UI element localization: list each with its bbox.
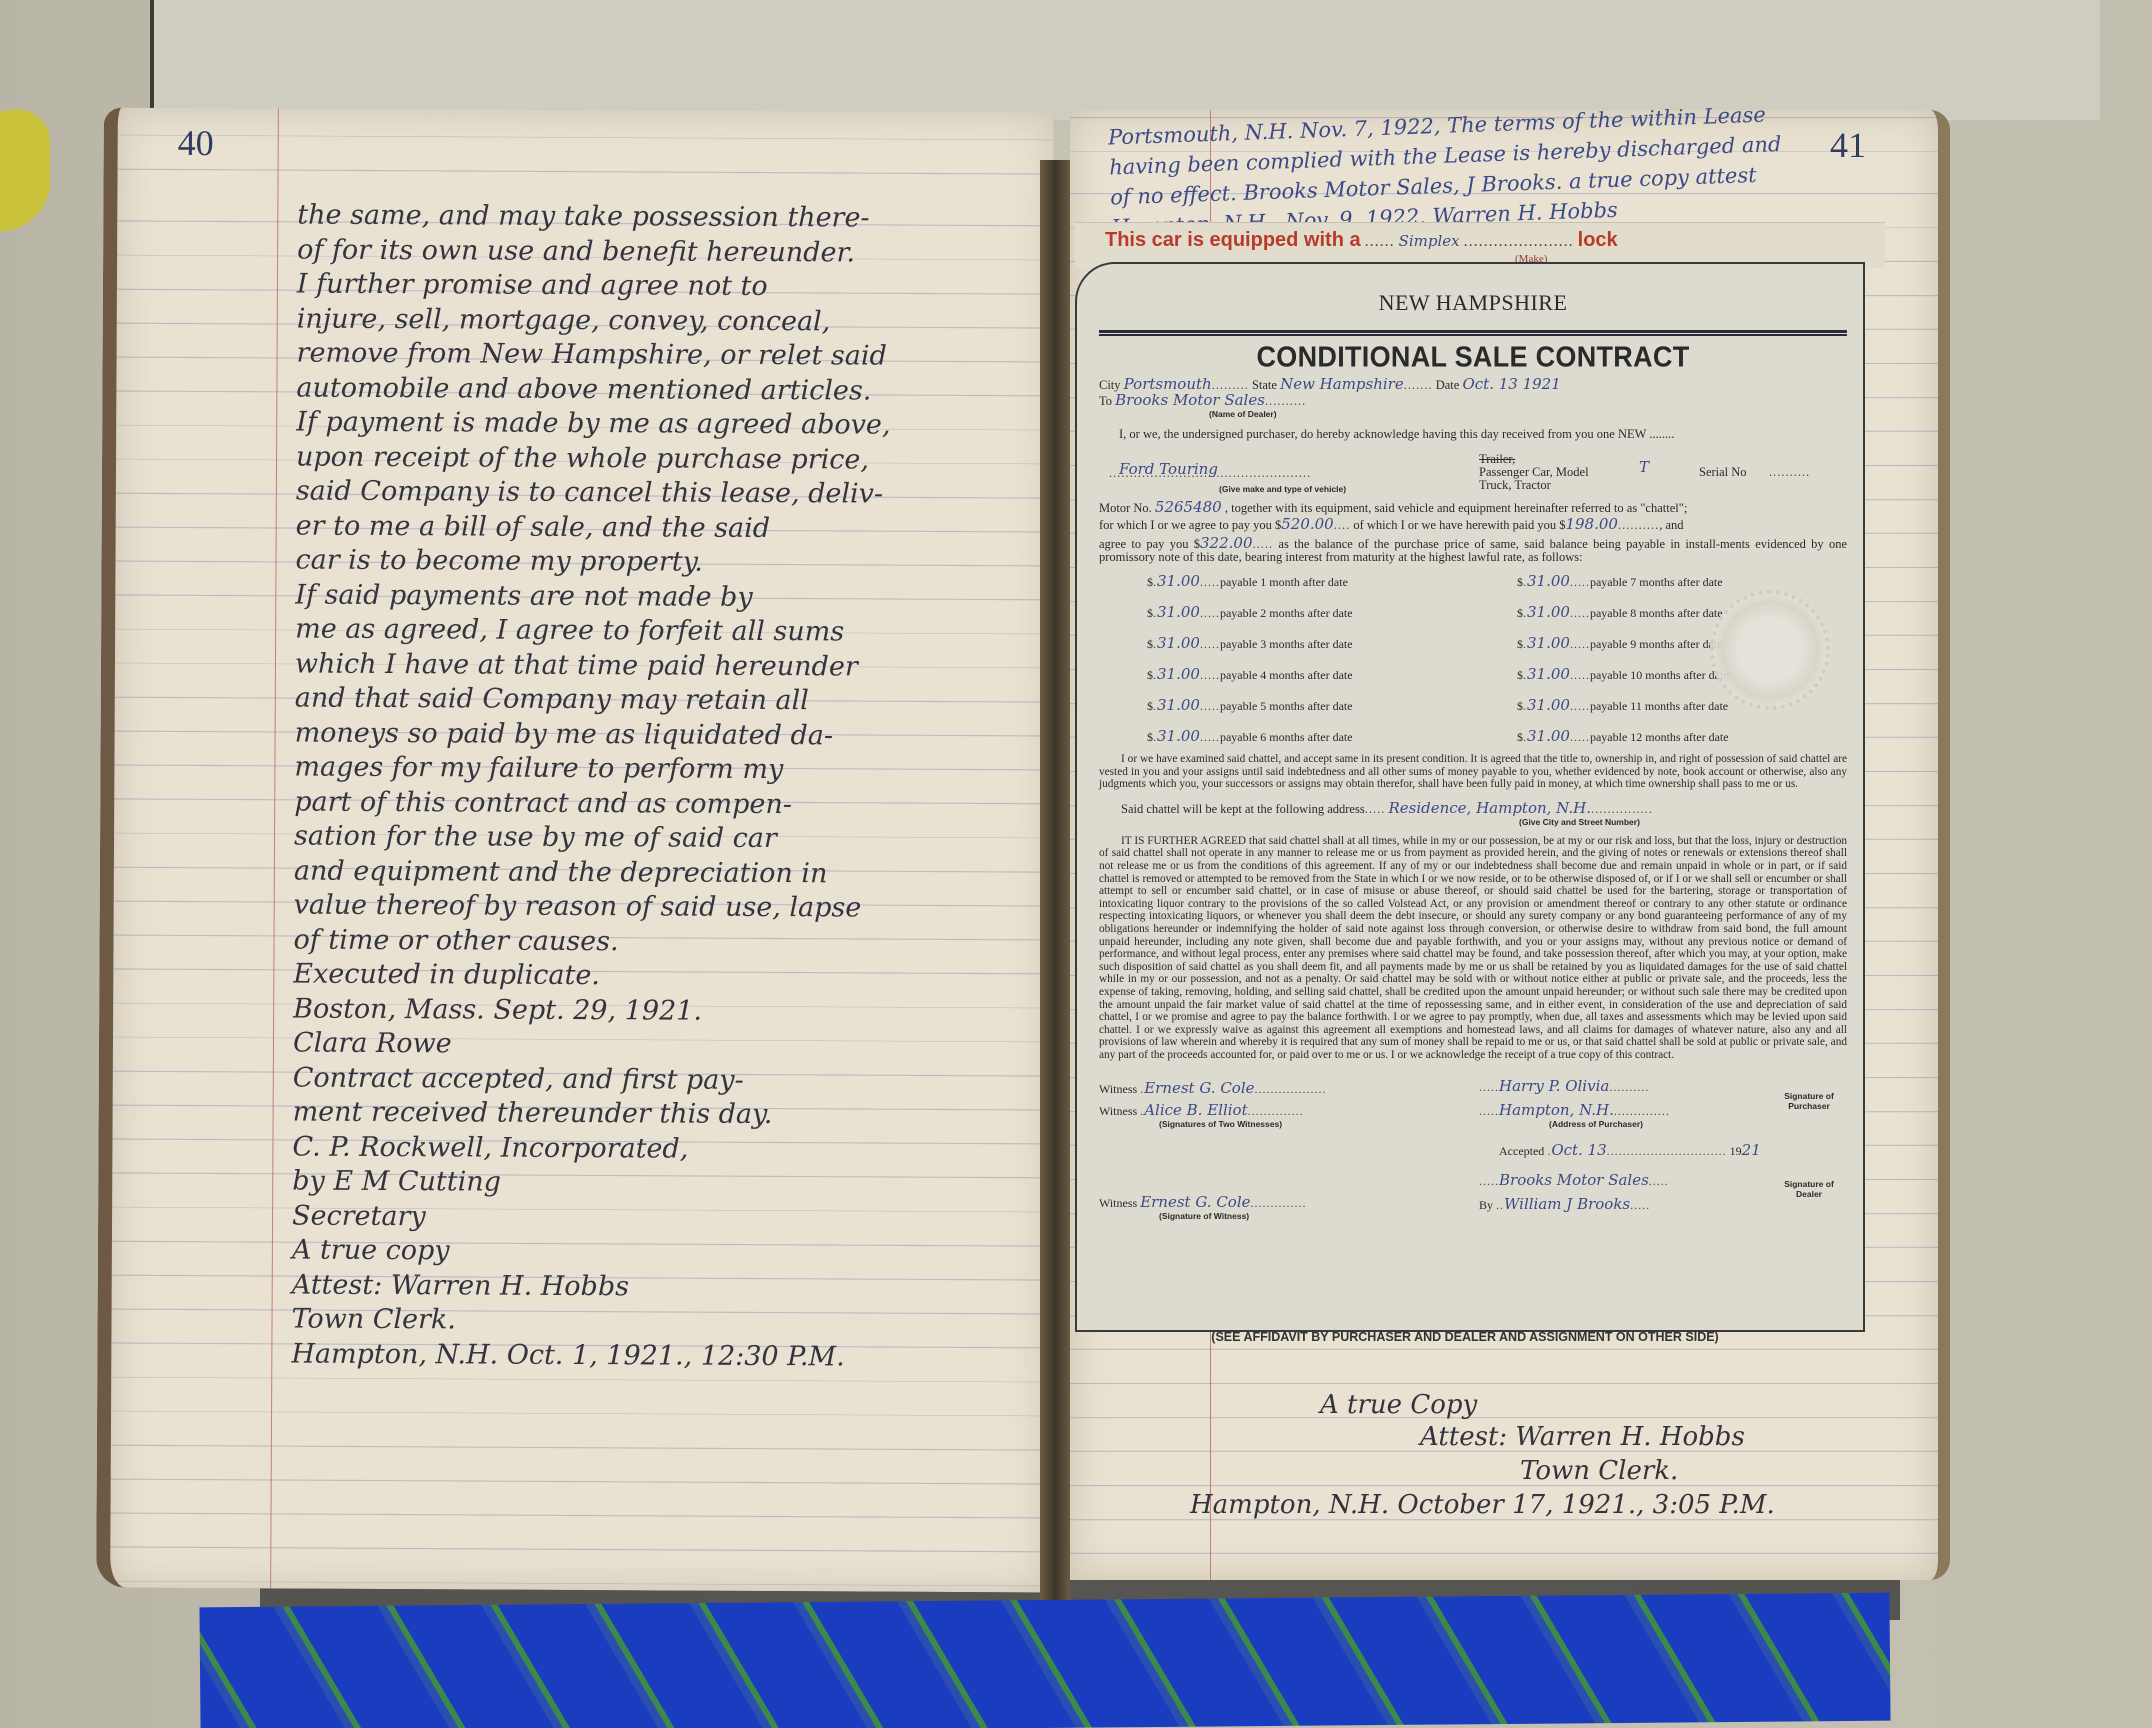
installment-label: payable 11 months after date [1590, 699, 1728, 713]
address-caption: (Give City and Street Number) [1519, 817, 1847, 827]
attest-line: Attest: Warren H. Hobbs [1420, 1422, 1745, 1452]
text-line: part of this contract and as compen- [294, 785, 1034, 823]
vehicle-row: Ford Touring ...........................… [1099, 452, 1847, 494]
purchaser-address-caption: (Address of Purchaser) [1549, 1119, 1643, 1129]
purchaser-address-value: Hampton, N.H. [1499, 1101, 1614, 1119]
text-line: remove from New Hampshire, or relet said [297, 337, 1037, 375]
installment-amount: 31.00 [1527, 727, 1570, 745]
text-line: Boston, Mass. Sept. 29, 1921. [293, 992, 1033, 1030]
attestation-line: Town Clerk. [291, 1303, 1031, 1341]
recording-timestamp: Hampton, N.H. Oct. 1, 1921., 12:30 P.M. [291, 1337, 1031, 1375]
text-line: sation for the use by me of said car [294, 820, 1034, 858]
book-spine [1040, 160, 1070, 1600]
witness-1-signature: Ernest G. Cole [1144, 1079, 1254, 1097]
installment-amount: 31.00 [1157, 603, 1200, 621]
installment-label: payable 4 months after date [1220, 668, 1353, 682]
installment-amount: 31.00 [1157, 665, 1200, 683]
dealer-by-row: By ..William J Brooks..... [1479, 1195, 1650, 1213]
text-line: and that said Company may retain all [295, 682, 1035, 720]
chattel-address-value: Residence, Hampton, N.H. [1388, 799, 1591, 817]
serial-label: Serial No [1699, 465, 1747, 480]
purchaser-signature-value: Harry P. Olivia [1499, 1077, 1609, 1095]
town-clerk-line: Town Clerk. [1520, 1456, 1678, 1486]
witness-label: Witness [1099, 1082, 1137, 1096]
installment-amount: 31.00 [1157, 572, 1200, 590]
text-line: I further promise and agree not to [297, 268, 1037, 306]
text-line: ment received thereunder this day. [293, 1096, 1033, 1134]
date-value: Oct. 13 1921 [1462, 375, 1560, 393]
vehicle-caption: (Give make and type of vehicle) [1219, 482, 1346, 497]
paid-text: of which I or we have herewith paid you … [1353, 518, 1565, 532]
dealer-caption: Signature of Dealer [1779, 1179, 1839, 1199]
installment-amount: 31.00 [1157, 727, 1200, 745]
text-line: If payment is made by me as agreed above… [296, 406, 1036, 444]
installment-amount: 31.00 [1527, 603, 1570, 621]
installment-amount: 31.00 [1527, 665, 1570, 683]
form-title: CONDITIONAL SALE CONTRACT [1099, 341, 1847, 374]
recording-timestamp: Hampton, N.H. October 17, 1921., 3:05 P.… [1190, 1490, 1775, 1520]
installment-item: $.31.00.....payable 4 months after date [1147, 665, 1477, 683]
to-label: To [1099, 394, 1112, 408]
examined-clause: I or we have examined said chattel, and … [1099, 753, 1847, 791]
text-line: Contract accepted, and first pay- [293, 1061, 1033, 1099]
blue-painters-tape [199, 1593, 1890, 1728]
text-line: the same, and may take possession there- [297, 199, 1037, 237]
installment-amount: 31.00 [1527, 634, 1570, 652]
signature-line: C. P. Rockwell, Incorporated, [292, 1130, 1032, 1168]
signature-block: Witness .Ernest G. Cole.................… [1099, 1071, 1847, 1291]
handwritten-lease-text: the same, and may take possession there-… [291, 199, 1037, 1376]
witness-label: Witness [1099, 1104, 1137, 1118]
installment-amount: 31.00 [1527, 696, 1570, 714]
installment-label: payable 12 months after date [1590, 730, 1729, 744]
model-value: T [1639, 460, 1649, 475]
installment-item: $.31.00.....payable 7 months after date [1517, 572, 1847, 590]
price-row: for which I or we agree to pay you $520.… [1099, 517, 1847, 533]
motor-row: Motor No. 5265480 , together with its eq… [1099, 500, 1847, 515]
text-line: er to me a bill of sale, and the said [296, 509, 1036, 547]
dealer-name-row: .....Brooks Motor Sales..... [1479, 1171, 1669, 1189]
accepted-date-value: Oct. 13 [1551, 1141, 1606, 1159]
purchaser-caption: Signature of Purchaser [1779, 1091, 1839, 1111]
accepted-year-prefix: 19 [1730, 1144, 1742, 1158]
page-number-left: 40 [178, 122, 214, 164]
text-line: value thereof by reason of said use, lap… [294, 889, 1034, 927]
conditional-sale-contract-form: NEW HAMPSHIRE CONDITIONAL SALE CONTRACT … [1075, 262, 1865, 1332]
dealer-witness-row: Witness Ernest G. Cole.............. [1099, 1193, 1307, 1211]
text-line: automobile and above mentioned articles. [296, 371, 1036, 409]
dealer-witness-caption: (Signature of Witness) [1159, 1211, 1249, 1221]
price-text: for which I or we agree to pay you $ [1099, 518, 1281, 532]
text-line: mages for my failure to perform my [294, 751, 1034, 789]
lock-prefix: This car is equipped with a [1105, 229, 1361, 251]
motor-label: Motor No. [1099, 501, 1152, 515]
installment-item: $.31.00.....payable 2 months after date [1147, 603, 1477, 621]
witness-2-signature: Alice B. Elliot [1144, 1101, 1247, 1119]
further-agreed-paragraph: IT IS FURTHER AGREED that said chattel s… [1099, 835, 1847, 1062]
affidavit-note: (SEE AFFIDAVIT BY PURCHASER AND DEALER A… [1085, 1330, 1845, 1344]
text-line: Executed in duplicate. [293, 958, 1033, 996]
dealer-caption: (Name of Dealer) [1209, 409, 1847, 419]
date-label: Date [1436, 378, 1460, 392]
installment-amount: 31.00 [1157, 696, 1200, 714]
attestation-line: A true copy [292, 1234, 1032, 1272]
acknowledgement-text: I, or we, the undersigned purchaser, do … [1119, 427, 1847, 442]
notary-embossed-seal [1710, 590, 1830, 710]
state-label: State [1252, 378, 1277, 392]
text-line: upon receipt of the whole purchase price… [296, 440, 1036, 478]
text-line: said Company is to cancel this lease, de… [296, 475, 1036, 513]
installment-item: $.31.00.....payable 6 months after date [1147, 727, 1477, 745]
dealer-by-signature: William J Brooks [1504, 1195, 1630, 1213]
signature-line: Secretary [292, 1199, 1032, 1237]
installment-item: $.31.00.....payable 5 months after date [1147, 696, 1477, 714]
purchaser-address: .....Hampton, N.H............... [1479, 1101, 1670, 1119]
installment-label: payable 7 months after date [1590, 575, 1723, 589]
purchaser-signature: .....Harry P. Olivia.......... [1479, 1077, 1649, 1095]
motor-text: , together with its equipment, said vehi… [1225, 501, 1687, 515]
installment-label: payable 1 month after date [1220, 575, 1348, 589]
true-copy-line: A true Copy [1320, 1390, 1477, 1420]
lock-make-value: Simplex [1399, 232, 1460, 250]
text-line: me as agreed, I agree to forfeit all sum… [295, 613, 1035, 651]
text-line: moneys so paid by me as liquidated da- [295, 716, 1035, 754]
installment-label: payable 2 months after date [1220, 606, 1353, 620]
signature-line: by E M Cutting [292, 1165, 1032, 1203]
yellow-object [0, 103, 50, 237]
form-state-heading: NEW HAMPSHIRE [1099, 290, 1847, 316]
installment-item: $.31.00.....payable 3 months after date [1147, 634, 1477, 652]
installment-label: payable 10 months after date [1590, 668, 1729, 682]
and-text: , and [1659, 518, 1683, 532]
address-row: Said chattel will be kept at the followi… [1121, 801, 1847, 817]
motor-number-value: 5265480 [1155, 498, 1222, 516]
balance-row: agree to pay you $322.00..... as the bal… [1099, 537, 1847, 564]
installment-label: payable 8 months after date [1590, 606, 1723, 620]
double-rule [1099, 330, 1847, 336]
purchase-price-value: 520.00 [1281, 515, 1334, 533]
witness-1-row: Witness .Ernest G. Cole.................… [1099, 1079, 1327, 1097]
dealer-name-signature: Brooks Motor Sales [1499, 1171, 1649, 1189]
installment-label: payable 3 months after date [1220, 637, 1353, 651]
installment-label: payable 5 months after date [1220, 699, 1353, 713]
dealer-row: To Brooks Motor Sales.......... [1099, 393, 1847, 409]
installment-item: $.31.00.....payable 12 months after date [1517, 727, 1847, 745]
address-label: Said chattel will be kept at the followi… [1121, 802, 1365, 816]
installment-label: payable 9 months after date [1590, 637, 1723, 651]
dealer-witness-signature: Ernest G. Cole [1140, 1193, 1250, 1211]
accepted-year-value: 21 [1742, 1141, 1761, 1159]
installment-amount: 31.00 [1527, 572, 1570, 590]
accepted-row: Accepted .Oct. 13.......................… [1499, 1141, 1761, 1159]
witness-label: Witness [1099, 1196, 1137, 1210]
installment-item: $.31.00.....payable 1 month after date [1147, 572, 1477, 590]
witnesses-caption: (Signatures of Two Witnesses) [1159, 1119, 1282, 1129]
left-page: 40 the same, and may take possession the… [96, 108, 1054, 1593]
vehicle-type-truck: Truck, Tractor [1479, 478, 1551, 493]
accepted-label: Accepted [1499, 1144, 1544, 1158]
text-line: If said payments are not made by [295, 578, 1035, 616]
city-label: City [1099, 378, 1121, 392]
text-line: car is to become my property. [295, 544, 1035, 582]
witness-2-row: Witness .Alice B. Elliot.............. [1099, 1101, 1304, 1119]
margin-line [270, 108, 279, 1588]
balance-text: agree to pay you $ [1099, 537, 1200, 551]
state-value: New Hampshire [1280, 375, 1404, 393]
installment-label: payable 6 months after date [1220, 730, 1353, 744]
text-line: of time or other causes. [293, 923, 1033, 961]
signature-line: Clara Rowe [293, 1027, 1033, 1065]
lock-suffix: lock [1578, 229, 1618, 251]
text-line: of for its own use and benefit hereunder… [297, 233, 1037, 271]
text-line: which I have at that time paid hereunder [295, 647, 1035, 685]
text-line: and equipment and the depreciation in [294, 854, 1034, 892]
examined-paragraph: I or we have examined said chattel, and … [1099, 753, 1847, 791]
further-agreed-clause: IT IS FURTHER AGREED that said chattel s… [1099, 835, 1847, 1062]
by-label: By [1479, 1198, 1493, 1212]
attestation-line: Attest: Warren H. Hobbs [292, 1268, 1032, 1306]
text-line: injure, sell, mortgage, convey, conceal, [297, 302, 1037, 340]
down-payment-value: 198.00 [1565, 515, 1618, 533]
dealer-name-value: Brooks Motor Sales [1115, 391, 1265, 409]
installment-amount: 31.00 [1157, 634, 1200, 652]
